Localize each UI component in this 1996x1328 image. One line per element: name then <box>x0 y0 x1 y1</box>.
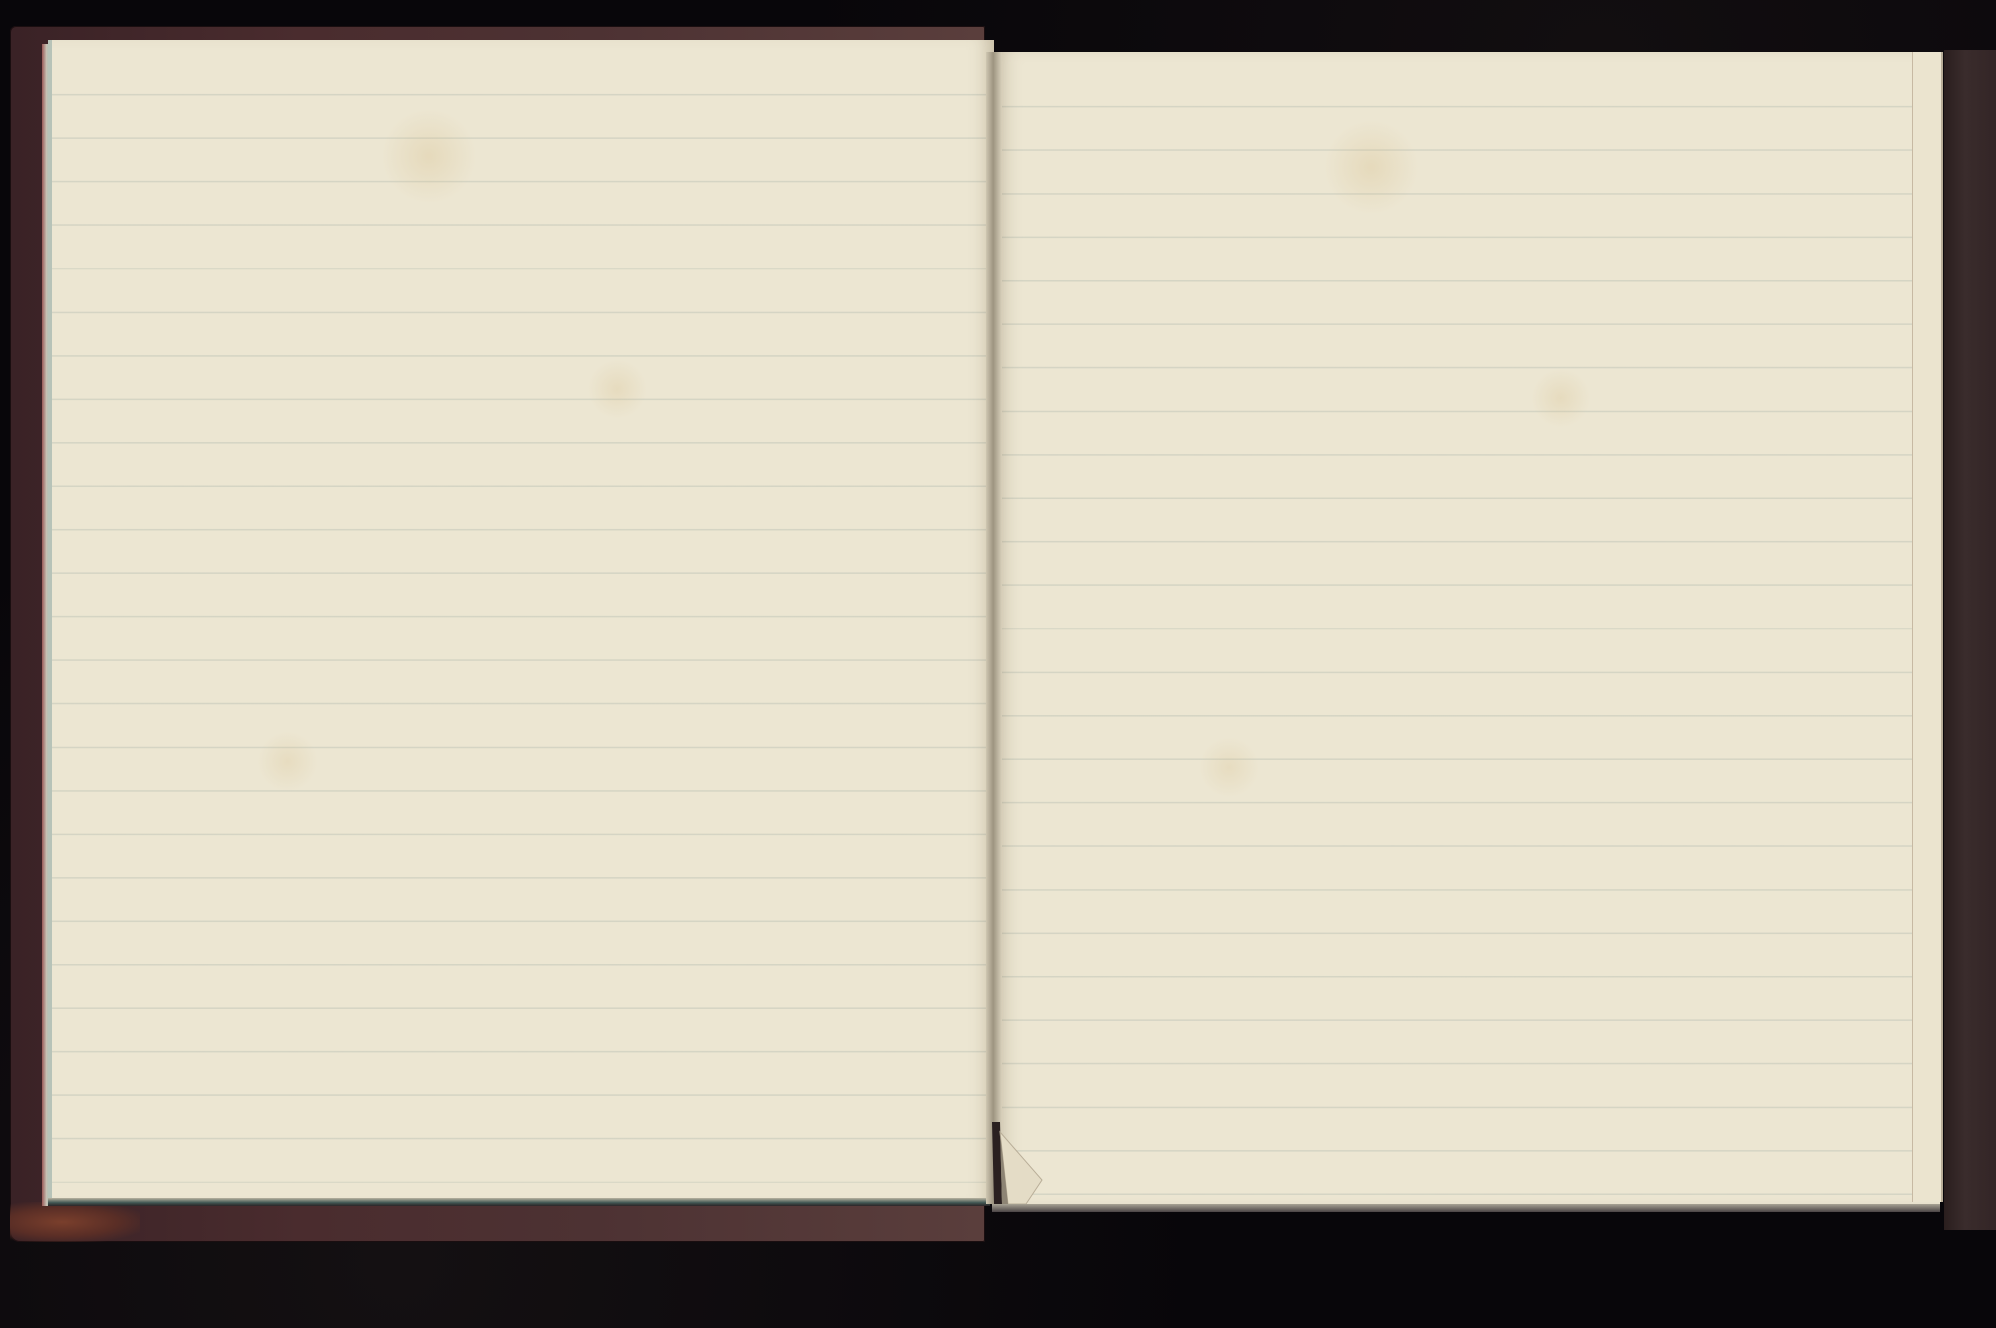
left-page-bottom-edge <box>48 1198 990 1206</box>
left-page: Left page <box>48 40 994 1204</box>
notebook-cover-right-strip <box>1944 50 1996 1230</box>
right-page: Right page <box>992 52 1940 1206</box>
left-page-label: Left page <box>52 40 53 41</box>
gutter-label: Binding gutter <box>986 52 987 53</box>
right-page-stack-edge <box>1912 52 1943 1202</box>
right-page-bottom-edge <box>992 1204 1940 1212</box>
torn-paper-stub-icon <box>990 1122 1050 1204</box>
binding-gutter: Binding gutter <box>986 52 1002 1204</box>
left-page-content <box>52 40 53 41</box>
